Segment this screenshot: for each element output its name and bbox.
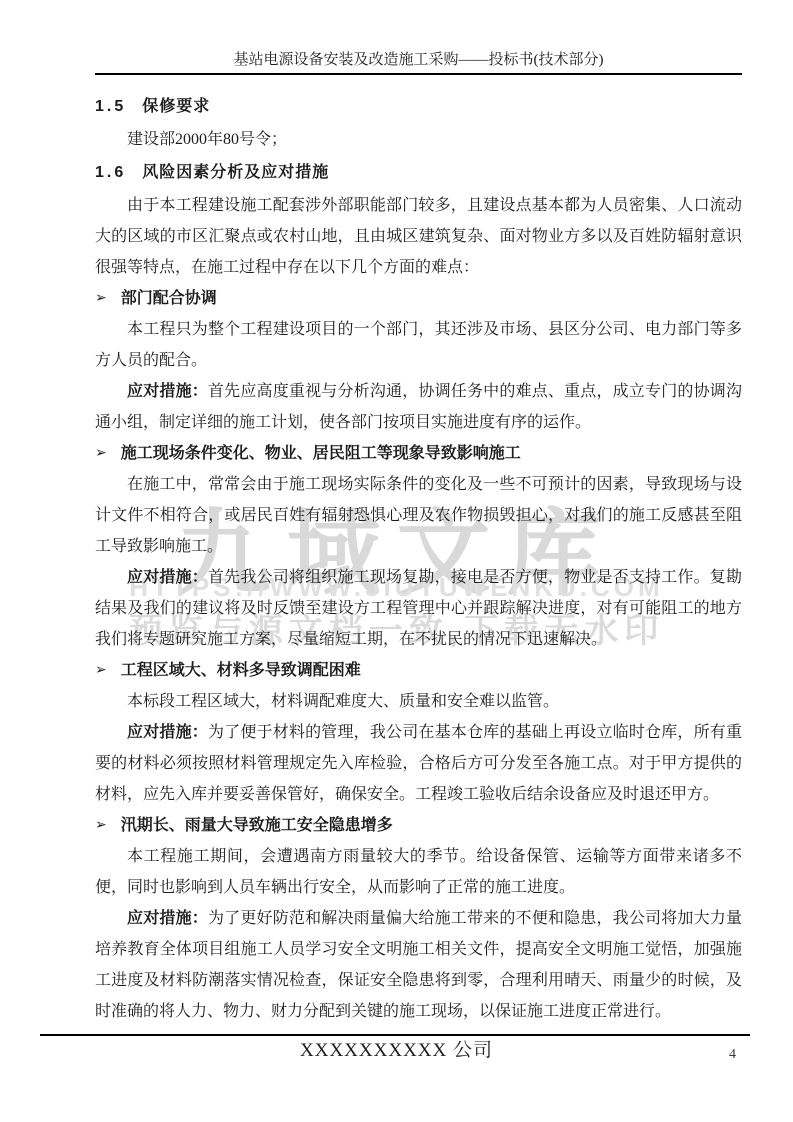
document-page: 九域文库 HTTPS://WWW.JIUYUWENKU.COM 预览与源文档一致… bbox=[0, 0, 793, 1122]
measure-label: 应对措施： bbox=[127, 910, 208, 927]
risk-heading: 施工现场条件变化、物业、居民阻工等现象导致影响施工 bbox=[121, 445, 521, 462]
risk-heading: 汛期长、雨量大导致施工安全隐患增多 bbox=[121, 817, 393, 834]
footer-divider bbox=[40, 1034, 750, 1036]
measure-label: 应对措施： bbox=[127, 724, 208, 741]
arrow-bullet-icon: ➢ bbox=[95, 654, 107, 685]
risk-bullet-row: ➢工程区域大、材料多导致调配困难 bbox=[95, 655, 742, 686]
risk-measure-paragraph: 应对措施：为了更好防范和解决雨量偏大给施工带来的不便和隐患，我公司将加大力量培养… bbox=[95, 903, 742, 1027]
risk-heading: 工程区域大、材料多导致调配困难 bbox=[121, 662, 361, 679]
risk-intro-paragraph: 由于本工程建设施工配套涉外部职能部门较多，且建设点基本都为人员密集、人口流动大的… bbox=[95, 190, 742, 283]
risk-description: 在施工中，常常会由于施工现场实际条件的变化及一些不可预计的因素，导致现场与设计文… bbox=[95, 469, 742, 562]
risk-item: ➢部门配合协调 本工程只为整个工程建设项目的一个部门，其还涉及市场、县区分公司、… bbox=[95, 283, 742, 438]
risk-description: 本工程只为整个工程建设项目的一个部门，其还涉及市场、县区分公司、电力部门等多方人… bbox=[95, 314, 742, 376]
decree-paragraph: 建设部2000年80号令； bbox=[95, 124, 742, 155]
risk-measure-paragraph: 应对措施：首先应高度重视与分析沟通，协调任务中的难点、重点，成立专门的协调沟通小… bbox=[95, 376, 742, 438]
risk-description: 本工程施工期间，会遭遇南方雨量较大的季节。给设备保管、运输等方面带来诸多不便，同… bbox=[95, 841, 742, 903]
arrow-bullet-icon: ➢ bbox=[95, 437, 107, 468]
risk-measure-paragraph: 应对措施：为了便于材料的管理，我公司在基本仓库的基础上再设立临时仓库，所有重要的… bbox=[95, 717, 742, 810]
section-title: 风险因素分析及应对措施 bbox=[142, 164, 329, 181]
risk-measure-paragraph: 应对措施：首先我公司将组织施工现场复勘，接电是否方便，物业是否支持工作。复勘结果… bbox=[95, 562, 742, 655]
footer-company: XXXXXXXXXX 公司 bbox=[0, 1038, 793, 1064]
risk-item: ➢汛期长、雨量大导致施工安全隐患增多 本工程施工期间，会遭遇南方雨量较大的季节。… bbox=[95, 810, 742, 1027]
risk-bullet-row: ➢部门配合协调 bbox=[95, 283, 742, 314]
arrow-bullet-icon: ➢ bbox=[95, 282, 107, 313]
running-header: 基站电源设备安装及改造施工采购——投标书(技术部分) bbox=[95, 50, 742, 75]
section-number: 1.6 bbox=[95, 164, 126, 181]
measure-label: 应对措施： bbox=[127, 383, 208, 400]
risk-item: ➢施工现场条件变化、物业、居民阻工等现象导致影响施工 在施工中，常常会由于施工现… bbox=[95, 438, 742, 655]
measure-label: 应对措施： bbox=[127, 569, 208, 586]
section-heading-risk: 1.6风险因素分析及应对措施 bbox=[95, 162, 742, 184]
risk-heading: 部门配合协调 bbox=[121, 290, 217, 307]
page-number: 4 bbox=[729, 1047, 736, 1063]
risk-item: ➢工程区域大、材料多导致调配困难 本标段工程区域大，材料调配难度大、质量和安全难… bbox=[95, 655, 742, 810]
page-content: 基站电源设备安装及改造施工采购——投标书(技术部分) 1.5保修要求 建设部20… bbox=[0, 0, 793, 1027]
risk-bullet-row: ➢汛期长、雨量大导致施工安全隐患增多 bbox=[95, 810, 742, 841]
section-number: 1.5 bbox=[95, 98, 126, 115]
section-title: 保修要求 bbox=[142, 98, 210, 115]
section-heading-warranty: 1.5保修要求 bbox=[95, 96, 742, 118]
arrow-bullet-icon: ➢ bbox=[95, 809, 107, 840]
risk-bullet-row: ➢施工现场条件变化、物业、居民阻工等现象导致影响施工 bbox=[95, 438, 742, 469]
risk-description: 本标段工程区域大，材料调配难度大、质量和安全难以监管。 bbox=[95, 686, 742, 717]
